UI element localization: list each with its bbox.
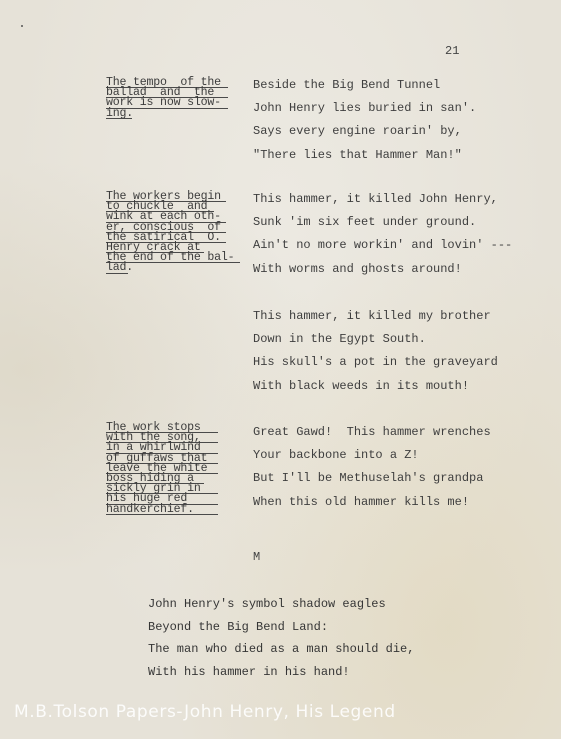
verse-line: Beyond the Big Bend Land: — [148, 620, 414, 643]
archive-watermark: M.B.Tolson Papers-John Henry, His Legend — [14, 702, 396, 722]
verse-line: But I'll be Methuselah's grandpa — [253, 471, 491, 494]
stage-direction-line: ing. — [106, 109, 132, 119]
stage-direction-2: The workers begin to chuckle and wink at… — [106, 192, 240, 274]
stage-direction-line: handkerchief. — [106, 505, 218, 515]
verse-line: Ain't no more workin' and lovin' --- — [253, 238, 512, 261]
stage-direction-line: lad. — [106, 263, 128, 273]
verse-line: Down in the Egypt South. — [253, 332, 498, 355]
stanza-4: Great Gawd! This hammer wrenches Your ba… — [253, 425, 491, 518]
verse-line: With his hammer in his hand! — [148, 665, 414, 688]
verse-line: John Henry lies buried in san'. — [253, 101, 476, 124]
verse-line: Great Gawd! This hammer wrenches — [253, 425, 491, 448]
ink-speck — [21, 25, 23, 27]
section-mark: M — [253, 550, 260, 564]
verse-line: The man who died as a man should die, — [148, 642, 414, 665]
page-number: 21 — [445, 44, 459, 58]
final-stanza: John Henry's symbol shadow eagles Beyond… — [148, 597, 414, 687]
stanza-1: Beside the Big Bend Tunnel John Henry li… — [253, 78, 476, 171]
verse-line: This hammer, it killed John Henry, — [253, 192, 512, 215]
stage-direction-1: The tempo of the ballad and the work is … — [106, 78, 228, 119]
verse-line: With worms and ghosts around! — [253, 262, 512, 285]
verse-line: Sunk 'im six feet under ground. — [253, 215, 512, 238]
verse-line: With black weeds in its mouth! — [253, 379, 498, 402]
verse-line: When this old hammer kills me! — [253, 495, 491, 518]
stanza-3: This hammer, it killed my brother Down i… — [253, 309, 498, 402]
verse-line: Your backbone into a Z! — [253, 448, 491, 471]
stage-direction-4: The work stops with the song, in a whirl… — [106, 423, 218, 515]
verse-line: His skull's a pot in the graveyard — [253, 355, 498, 378]
verse-line: John Henry's symbol shadow eagles — [148, 597, 414, 620]
verse-line: Says every engine roarin' by, — [253, 124, 476, 147]
document-page: 21 The tempo of the ballad and the work … — [0, 0, 561, 739]
stanza-2: This hammer, it killed John Henry, Sunk … — [253, 192, 512, 285]
verse-line: This hammer, it killed my brother — [253, 309, 498, 332]
verse-line: Beside the Big Bend Tunnel — [253, 78, 476, 101]
verse-line: "There lies that Hammer Man!" — [253, 148, 476, 171]
